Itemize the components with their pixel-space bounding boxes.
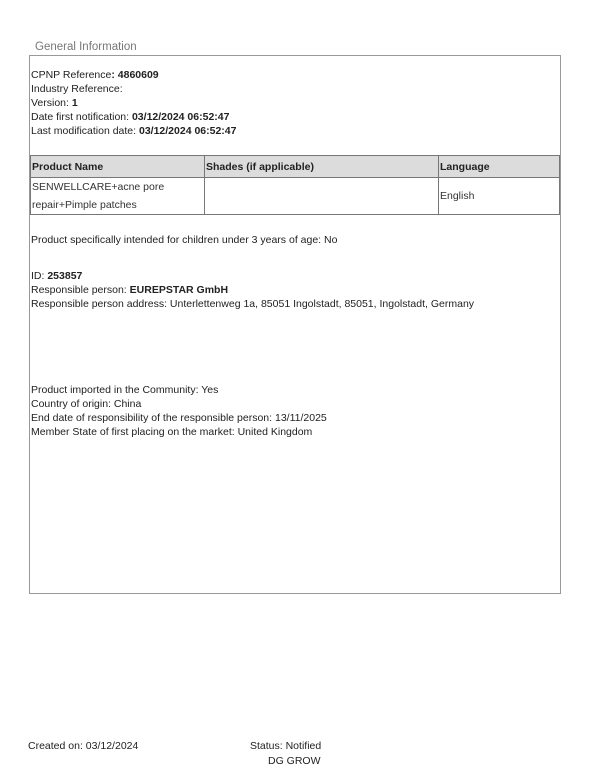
dg-grow: DG GROW — [268, 755, 321, 767]
end-date-responsibility: End date of responsibility of the respon… — [31, 412, 327, 425]
version-value: 1 — [72, 97, 78, 109]
responsible-person: Responsible person: EUREPSTAR GmbH — [31, 284, 228, 297]
cpnp-label: CPNP Reference — [31, 69, 111, 81]
header-language: Language — [439, 156, 560, 178]
cpnp-value: : 4860609 — [111, 69, 158, 81]
children-statement: Product specifically intended for childr… — [31, 234, 337, 247]
version: Version: 1 — [31, 97, 78, 110]
date-first-notification: Date first notification: 03/12/2024 06:5… — [31, 111, 229, 124]
id-label: ID: — [31, 270, 47, 282]
industry-reference: Industry Reference: — [31, 83, 123, 96]
responsible-address: Responsible person address: Unterlettenw… — [31, 298, 474, 311]
responsible-id: ID: 253857 — [31, 270, 82, 283]
last-modification-date: Last modification date: 03/12/2024 06:52… — [31, 125, 236, 138]
first-notification-label: Date first notification: — [31, 111, 132, 123]
header-product-name: Product Name — [31, 156, 205, 178]
responsible-person-label: Responsible person: — [31, 284, 130, 296]
first-notification-value: 03/12/2024 06:52:47 — [132, 111, 230, 123]
last-modification-label: Last modification date: — [31, 125, 139, 137]
cpnp-reference: CPNP Reference: 4860609 — [31, 69, 159, 82]
general-information-box: CPNP Reference: 4860609 Industry Referen… — [29, 55, 561, 594]
section-title: General Information — [35, 41, 137, 53]
table-row: SENWELLCARE+acne pore repair+Pimple patc… — [31, 178, 560, 215]
responsible-person-value: EUREPSTAR GmbH — [130, 284, 228, 296]
header-shades: Shades (if applicable) — [205, 156, 439, 178]
member-state: Member State of first placing on the mar… — [31, 426, 312, 439]
cell-shades — [205, 178, 439, 215]
created-on: Created on: 03/12/2024 — [28, 740, 138, 752]
version-label: Version: — [31, 97, 72, 109]
table-header-row: Product Name Shades (if applicable) Lang… — [31, 156, 560, 178]
status: Status: Notified — [250, 740, 321, 752]
country-of-origin: Country of origin: China — [31, 398, 141, 411]
id-value: 253857 — [47, 270, 82, 282]
cell-product-name: SENWELLCARE+acne pore repair+Pimple patc… — [31, 178, 205, 215]
product-table: Product Name Shades (if applicable) Lang… — [30, 155, 560, 215]
imported-in-community: Product imported in the Community: Yes — [31, 384, 218, 397]
last-modification-value: 03/12/2024 06:52:47 — [139, 125, 237, 137]
cell-language: English — [439, 178, 560, 215]
